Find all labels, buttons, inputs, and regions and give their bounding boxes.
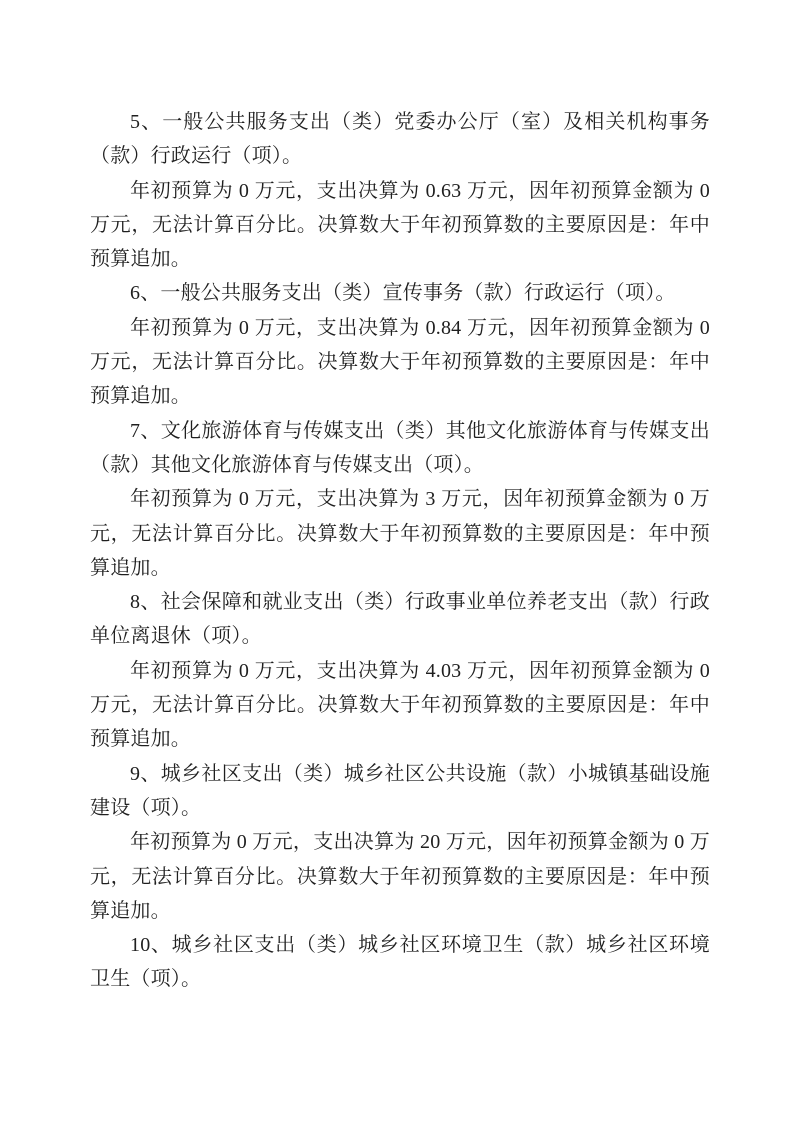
section-6-body: 年初预算为 0 万元，支出决算为 0.84 万元，因年初预算金额为 0 万元，无… — [90, 311, 710, 414]
document-page: 5、一般公共服务支出（类）党委办公厅（室）及相关机构事务（款）行政运行（项）。 … — [0, 0, 793, 1122]
section-6-heading: 6、一般公共服务支出（类）宣传事务（款）行政运行（项）。 — [90, 276, 710, 310]
section-10-heading: 10、城乡社区支出（类）城乡社区环境卫生（款）城乡社区环境卫生（项）。 — [90, 928, 710, 997]
section-5-heading: 5、一般公共服务支出（类）党委办公厅（室）及相关机构事务（款）行政运行（项）。 — [90, 105, 710, 174]
section-7-body: 年初预算为 0 万元，支出决算为 3 万元，因年初预算金额为 0 万元，无法计算… — [90, 482, 710, 585]
section-9-heading: 9、城乡社区支出（类）城乡社区公共设施（款）小城镇基础设施建设（项）。 — [90, 757, 710, 826]
section-9-body: 年初预算为 0 万元，支出决算为 20 万元，因年初预算金额为 0 万元，无法计… — [90, 825, 710, 928]
section-5-body: 年初预算为 0 万元，支出决算为 0.63 万元，因年初预算金额为 0 万元，无… — [90, 174, 710, 277]
section-7-heading: 7、文化旅游体育与传媒支出（类）其他文化旅游体育与传媒支出（款）其他文化旅游体育… — [90, 414, 710, 483]
document-content: 5、一般公共服务支出（类）党委办公厅（室）及相关机构事务（款）行政运行（项）。 … — [90, 105, 710, 997]
section-8-heading: 8、社会保障和就业支出（类）行政事业单位养老支出（款）行政单位离退休（项）。 — [90, 585, 710, 654]
section-8-body: 年初预算为 0 万元，支出决算为 4.03 万元，因年初预算金额为 0 万元，无… — [90, 654, 710, 757]
